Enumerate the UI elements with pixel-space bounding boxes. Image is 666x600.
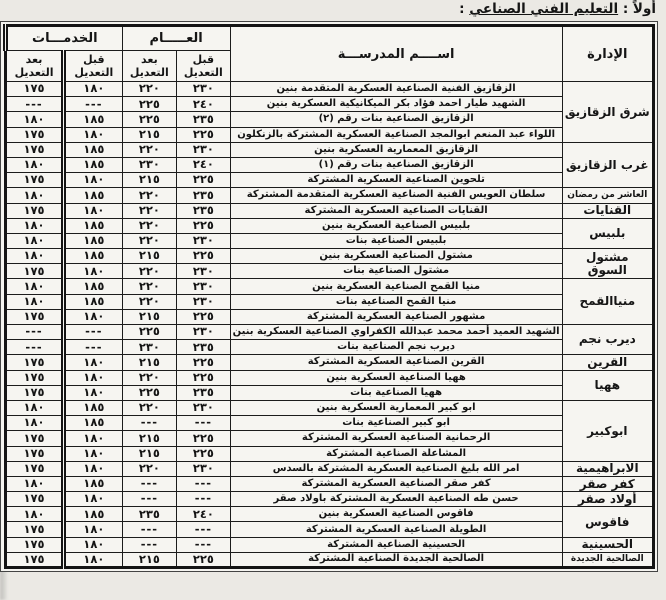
school-name: فاقوس الصناعية العسكرية بنين <box>230 507 562 522</box>
services-before-value: ١٨٠ <box>64 355 123 370</box>
table-row: مشتول السوقمشتول الصناعية العسكرية بنين٢… <box>6 249 654 264</box>
general-after-value: --- <box>122 416 177 431</box>
general-after-value: ٢٣٠ <box>122 157 177 172</box>
admin-name: كفر صقر <box>562 476 653 491</box>
table-row: ابوكبيرابو كبير المعمارية العسكرية بنين٢… <box>6 400 654 415</box>
general-before-value: --- <box>177 492 231 507</box>
general-after-value: --- <box>122 522 177 537</box>
services-after-value: ١٧٥ <box>6 461 64 476</box>
services-before-value: ١٨٠ <box>64 127 123 142</box>
general-before-value: --- <box>177 522 231 537</box>
general-after-value: ٢٢٠ <box>122 218 177 233</box>
general-before-value: ٢٢٥ <box>177 552 231 567</box>
title-suffix: : <box>459 1 464 17</box>
admin-name: فاقوس <box>562 507 653 537</box>
services-before-value: ١٨٥ <box>64 400 123 415</box>
general-before-value: ٢٤٠ <box>177 507 231 522</box>
school-name: ديرب نجم الصناعية بنات <box>230 340 562 355</box>
general-before-value: ٢٣٥ <box>177 203 231 218</box>
school-name: القرين الصناعية العسكرية المشتركة <box>230 355 562 370</box>
admin-name: غرب الزقازيق <box>562 142 653 188</box>
services-before-value: ١٨٥ <box>64 507 123 522</box>
general-after-value: --- <box>122 492 177 507</box>
general-before-value: ٢٣٠ <box>177 325 231 340</box>
general-before-value: ٢٢٥ <box>177 431 231 446</box>
table-row: الصالحية الجديدةالصالحية الجديدة الصناعي… <box>6 552 654 567</box>
services-before-value: ١٨٠ <box>64 82 123 97</box>
title-prefix: أولاً : <box>623 1 656 17</box>
services-before-value: --- <box>64 340 123 355</box>
schools-table-frame: الإدارة اســــم المدرســـة العـــــام ال… <box>0 21 658 572</box>
school-name: حسن طه الصناعية العسكرية المشتركة باولاد… <box>230 492 562 507</box>
table-row: القرينالقرين الصناعية العسكرية المشتركة٢… <box>6 355 654 370</box>
school-name: مشتول الصناعية بنات <box>230 264 562 279</box>
services-after-value: ١٧٥ <box>6 127 64 142</box>
services-after-value: ١٧٥ <box>6 385 64 400</box>
services-after-value: ١٨٠ <box>6 294 64 309</box>
services-before-value: ١٨٠ <box>64 522 123 537</box>
services-before-value: ١٨٠ <box>64 446 123 461</box>
services-before-value: ١٨٥ <box>64 294 123 309</box>
admin-name: بلبيس <box>562 218 653 248</box>
admin-name: القرين <box>562 355 653 370</box>
document-page: { "title": { "prefix": "أولاً :", "main"… <box>0 0 666 600</box>
table-row: بلبيس الصناعية بنات٢٣٠٢٢٠١٨٥١٨٠ <box>6 233 654 248</box>
table-row: كفر صقركفر صقر الصناعية العسكرية المشترك… <box>6 476 654 491</box>
general-before-value: ٢٤٠ <box>177 97 231 112</box>
table-row: الابراهيميةامر الله بليغ الصناعية العسكر… <box>6 461 654 476</box>
general-before-value: ٢٢٥ <box>177 370 231 385</box>
school-name: الزقازيق الصناعية بنات رقم (١) <box>230 157 562 172</box>
general-after-value: --- <box>122 537 177 552</box>
services-before-value: ١٨٠ <box>64 537 123 552</box>
table-row: القناياتالقنايات الصناعية العسكرية المشت… <box>6 203 654 218</box>
school-name: كفر صقر الصناعية العسكرية المشتركة <box>230 476 562 491</box>
services-before-value: ١٨٥ <box>64 157 123 172</box>
services-after-value: ١٧٥ <box>6 82 64 97</box>
table-row: أولاد صقرحسن طه الصناعية العسكرية المشتر… <box>6 492 654 507</box>
services-after-value: ١٧٥ <box>6 264 64 279</box>
school-name: الزقازيق الفنية الصناعية العسكرية المتقد… <box>230 82 562 97</box>
services-before-value: ١٨٥ <box>64 218 123 233</box>
table-row: ابو كبير الصناعية بنات------١٨٥١٨٠ <box>6 416 654 431</box>
general-after-value: ٢٢٠ <box>122 294 177 309</box>
school-name: امر الله بليغ الصناعية العسكرية المشتركة… <box>230 461 562 476</box>
page-title: أولاً : التعليم الفني الصناعي : <box>459 1 656 17</box>
general-after-value: ٢٣٥ <box>122 507 177 522</box>
table-row: الرحمانية الصناعية العسكرية المشتركة٢٢٥٢… <box>6 431 654 446</box>
general-before-value: ٢٣٥ <box>177 112 231 127</box>
general-after-value: ٢١٥ <box>122 249 177 264</box>
table-row: ههياههيا الصناعية العسكرية بنين٢٢٥٢٢٠١٨٠… <box>6 370 654 385</box>
general-before-value: ٢٣٠ <box>177 142 231 157</box>
services-after-value: ١٧٥ <box>6 537 64 552</box>
general-before-value: ٢٢٥ <box>177 355 231 370</box>
general-after-value: ٢٢٠ <box>122 461 177 476</box>
general-before-value: ٢٣٥ <box>177 385 231 400</box>
school-name: القنايات الصناعية العسكرية المشتركة <box>230 203 562 218</box>
table-row: الشهيد طيار احمد فؤاد بكر الميكانيكية ال… <box>6 97 654 112</box>
general-after-value: ٢١٥ <box>122 355 177 370</box>
general-after-value: ٢٢٥ <box>122 97 177 112</box>
table-row: ههيا الصناعية بنات٢٣٥٢٢٥١٨٠١٧٥ <box>6 385 654 400</box>
services-before-value: ١٨٥ <box>64 233 123 248</box>
table-row: اللواء عبد المنعم ابوالمجد الصناعية العس… <box>6 127 654 142</box>
admin-name: أولاد صقر <box>562 492 653 507</box>
admin-name: ابوكبير <box>562 400 653 461</box>
services-after-value: ١٨٠ <box>6 218 64 233</box>
general-after-value: ٢٢٠ <box>122 400 177 415</box>
services-before-value: --- <box>64 97 123 112</box>
services-before-value: ١٨٠ <box>64 385 123 400</box>
general-after-value: ٢٢٥ <box>122 385 177 400</box>
services-after-value: ١٧٥ <box>6 142 64 157</box>
general-after-value: ٢١٥ <box>122 552 177 567</box>
table-row: العاشر من رمضانسلطان العويس الفنية الصنا… <box>6 188 654 203</box>
services-after-value: ١٨٠ <box>6 416 64 431</box>
services-before-value: ١٨٥ <box>64 188 123 203</box>
general-after-value: ٢٢٠ <box>122 188 177 203</box>
header-services-before: قبل التعديل <box>64 51 123 82</box>
admin-name: الحسينية <box>562 537 653 552</box>
school-name: تلحوين الصناعية العسكرية المشتركة <box>230 173 562 188</box>
table-body: شرق الزقازيقالزقازيق الفنية الصناعية الع… <box>6 82 654 568</box>
table-row: فاقوسفاقوس الصناعية العسكرية بنين٢٤٠٢٣٥١… <box>6 507 654 522</box>
general-before-value: ٢٣٠ <box>177 82 231 97</box>
services-after-value: ١٧٥ <box>6 552 64 567</box>
general-before-value: ٢٢٥ <box>177 218 231 233</box>
header-services-group: الخدمـــات <box>6 26 123 51</box>
general-before-value: ٢٢٥ <box>177 309 231 324</box>
services-after-value: ١٧٥ <box>6 492 64 507</box>
admin-name: منياالقمح <box>562 279 653 325</box>
services-after-value: ١٧٥ <box>6 431 64 446</box>
general-before-value: ٢٣٠ <box>177 294 231 309</box>
school-name: ههيا الصناعية بنات <box>230 385 562 400</box>
general-after-value: ٢١٥ <box>122 127 177 142</box>
services-after-value: ١٨٠ <box>6 233 64 248</box>
general-after-value: ٢١٥ <box>122 173 177 188</box>
table-row: تلحوين الصناعية العسكرية المشتركة٢٢٥٢١٥١… <box>6 173 654 188</box>
table-row: الزقازيق الصناعية بنات رقم (٢)٢٣٥٢٢٥١٨٥١… <box>6 112 654 127</box>
school-name: الطويلة الصناعية العسكرية المشتركة <box>230 522 562 537</box>
table-row: الزقازيق الصناعية بنات رقم (١)٢٤٠٢٣٠١٨٥١… <box>6 157 654 172</box>
services-after-value: ١٨٠ <box>6 507 64 522</box>
services-after-value: ١٨٠ <box>6 249 64 264</box>
services-after-value: ١٧٥ <box>6 355 64 370</box>
general-after-value: ٢٢٥ <box>122 112 177 127</box>
school-name: المشاعلة الصناعية المشتركة <box>230 446 562 461</box>
admin-name: مشتول السوق <box>562 249 653 279</box>
admin-name: العاشر من رمضان <box>562 188 653 203</box>
school-name: الشهيد العميد أحمد محمد عبدالله الكفراوي… <box>230 325 562 340</box>
services-after-value: ١٧٥ <box>6 446 64 461</box>
admin-name: ديرب نجم <box>562 325 653 355</box>
services-before-value: ١٨٥ <box>64 249 123 264</box>
table-row: منيا القمح الصناعية بنات٢٣٠٢٢٠١٨٥١٨٠ <box>6 294 654 309</box>
school-name: ابو كبير الصناعية بنات <box>230 416 562 431</box>
table-row: ديرب نجم الصناعية بنات٢٣٥٢٣٠------ <box>6 340 654 355</box>
services-before-value: ١٨٠ <box>64 173 123 188</box>
general-after-value: ٢٢٠ <box>122 233 177 248</box>
admin-name: الابراهيمية <box>562 461 653 476</box>
general-before-value: ٢٢٥ <box>177 127 231 142</box>
table-row: مشهور الصناعية العسكرية المشتركة٢٢٥٢١٥١٨… <box>6 309 654 324</box>
table-row: الحسينيةالحسينية الصناعية المشتركة------… <box>6 537 654 552</box>
school-name: الزقازيق الصناعية بنات رقم (٢) <box>230 112 562 127</box>
school-name: سلطان العويس الفنية الصناعية العسكرية ال… <box>230 188 562 203</box>
general-before-value: ٢٣٥ <box>177 340 231 355</box>
general-before-value: ٢٣٠ <box>177 461 231 476</box>
services-after-value: ١٨٠ <box>6 476 64 491</box>
school-name: ابو كبير المعمارية العسكرية بنين <box>230 400 562 415</box>
school-name: الحسينية الصناعية المشتركة <box>230 537 562 552</box>
general-before-value: ٢٣٠ <box>177 400 231 415</box>
header-school: اســــم المدرســـة <box>230 26 562 82</box>
general-before-value: ٢٣٠ <box>177 264 231 279</box>
school-name: بلبيس الصناعية بنات <box>230 233 562 248</box>
services-before-value: ١٨٠ <box>64 264 123 279</box>
general-after-value: ٢٣٠ <box>122 340 177 355</box>
services-before-value: --- <box>64 325 123 340</box>
services-before-value: ١٨٠ <box>64 552 123 567</box>
table-row: غرب الزقازيقالزقازيق المعمارية العسكرية … <box>6 142 654 157</box>
general-before-value: ٢٣٠ <box>177 233 231 248</box>
general-before-value: --- <box>177 476 231 491</box>
services-after-value: --- <box>6 325 64 340</box>
title-main: التعليم الفني الصناعي <box>469 1 618 17</box>
general-after-value: ٢٢٠ <box>122 370 177 385</box>
services-before-value: ١٨٥ <box>64 279 123 294</box>
header-general-before: قبل التعديل <box>177 51 231 82</box>
table-row: منياالقمحمنيا القمح الصناعية العسكرية بن… <box>6 279 654 294</box>
services-after-value: ١٨٠ <box>6 112 64 127</box>
table-row: ديرب نجمالشهيد العميد أحمد محمد عبدالله … <box>6 325 654 340</box>
services-before-value: ١٨٠ <box>64 370 123 385</box>
school-name: بلبيس الصناعية العسكرية بنين <box>230 218 562 233</box>
admin-name: ههيا <box>562 370 653 400</box>
services-after-value: ١٨٠ <box>6 279 64 294</box>
general-before-value: ٢٢٥ <box>177 249 231 264</box>
services-before-value: ١٨٠ <box>64 203 123 218</box>
general-after-value: ٢٢٠ <box>122 142 177 157</box>
services-after-value: ١٨٠ <box>6 188 64 203</box>
general-before-value: --- <box>177 537 231 552</box>
services-before-value: ١٨٠ <box>64 461 123 476</box>
general-after-value: ٢٢٠ <box>122 203 177 218</box>
general-after-value: ٢١٥ <box>122 446 177 461</box>
services-before-value: ١٨٥ <box>64 416 123 431</box>
school-name: مشتول الصناعية العسكرية بنين <box>230 249 562 264</box>
general-before-value: ٢٣٠ <box>177 279 231 294</box>
table-row: المشاعلة الصناعية المشتركة٢٢٥٢١٥١٨٠١٧٥ <box>6 446 654 461</box>
services-after-value: ١٨٠ <box>6 157 64 172</box>
header-admin: الإدارة <box>562 26 653 82</box>
services-after-value: ١٧٥ <box>6 309 64 324</box>
services-before-value: ١٨٥ <box>64 112 123 127</box>
school-name: منيا القمح الصناعية العسكرية بنين <box>230 279 562 294</box>
services-after-value: ١٧٥ <box>6 370 64 385</box>
header-general-group: العـــــام <box>122 26 230 51</box>
services-before-value: ١٨٥ <box>64 142 123 157</box>
services-after-value: --- <box>6 97 64 112</box>
general-after-value: ٢١٥ <box>122 309 177 324</box>
services-after-value: --- <box>6 340 64 355</box>
header-general-after: بعد التعديل <box>122 51 177 82</box>
header-services-after: بعد التعديل <box>6 51 64 82</box>
general-before-value: ٢٢٥ <box>177 173 231 188</box>
school-name: اللواء عبد المنعم ابوالمجد الصناعية العس… <box>230 127 562 142</box>
services-after-value: ١٨٠ <box>6 400 64 415</box>
general-before-value: --- <box>177 416 231 431</box>
table-row: شرق الزقازيقالزقازيق الفنية الصناعية الع… <box>6 82 654 97</box>
school-name: الصالحية الجديدة الصناعية المشتركة <box>230 552 562 567</box>
school-name: الزقازيق المعمارية العسكرية بنين <box>230 142 562 157</box>
school-name: الشهيد طيار احمد فؤاد بكر الميكانيكية ال… <box>230 97 562 112</box>
general-after-value: ٢١٥ <box>122 431 177 446</box>
general-before-value: ٢٣٥ <box>177 188 231 203</box>
school-name: الرحمانية الصناعية العسكرية المشتركة <box>230 431 562 446</box>
admin-name: القنايات <box>562 203 653 218</box>
general-after-value: --- <box>122 476 177 491</box>
admin-name: شرق الزقازيق <box>562 82 653 143</box>
schools-table: الإدارة اســــم المدرســـة العـــــام ال… <box>3 24 655 569</box>
services-after-value: ١٧٥ <box>6 203 64 218</box>
school-name: ههيا الصناعية العسكرية بنين <box>230 370 562 385</box>
general-after-value: ٢٢٠ <box>122 279 177 294</box>
general-before-value: ٢٤٠ <box>177 157 231 172</box>
table-row: بلبيسبلبيس الصناعية العسكرية بنين٢٢٥٢٢٠١… <box>6 218 654 233</box>
services-after-value: ١٧٥ <box>6 522 64 537</box>
general-before-value: ٢٢٥ <box>177 446 231 461</box>
table-row: مشتول الصناعية بنات٢٣٠٢٢٠١٨٠١٧٥ <box>6 264 654 279</box>
school-name: مشهور الصناعية العسكرية المشتركة <box>230 309 562 324</box>
services-after-value: ١٧٥ <box>6 173 64 188</box>
admin-name: الصالحية الجديدة <box>562 552 653 567</box>
services-before-value: ١٨٥ <box>64 476 123 491</box>
school-name: منيا القمح الصناعية بنات <box>230 294 562 309</box>
services-before-value: ١٨٠ <box>64 492 123 507</box>
general-after-value: ٢٢٥ <box>122 325 177 340</box>
general-after-value: ٢٢٠ <box>122 82 177 97</box>
services-before-value: ١٨٠ <box>64 309 123 324</box>
table-row: الطويلة الصناعية العسكرية المشتركة------… <box>6 522 654 537</box>
general-after-value: ٢٢٠ <box>122 264 177 279</box>
table-header: الإدارة اســــم المدرســـة العـــــام ال… <box>6 26 654 82</box>
services-before-value: ١٨٠ <box>64 431 123 446</box>
